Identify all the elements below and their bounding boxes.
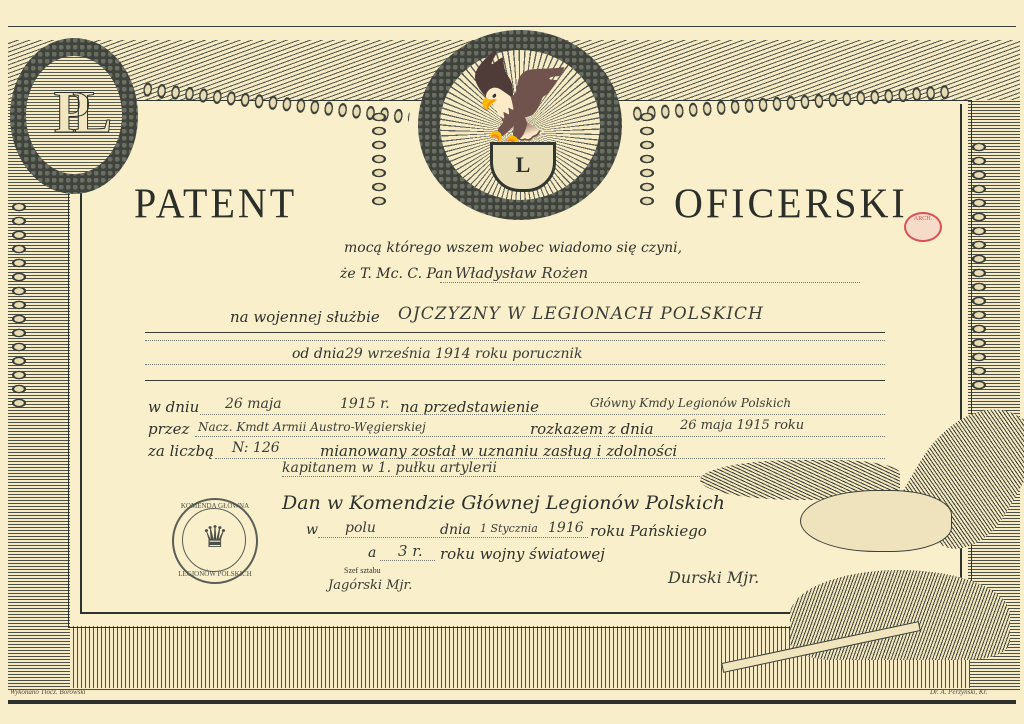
title-patent: PATENT (134, 179, 297, 228)
monogram-letters: PL (10, 78, 138, 147)
by-prefix: przez (148, 420, 189, 438)
polish-eagle-icon: 🦅 (418, 48, 622, 149)
place-prefix: w (306, 522, 318, 538)
chief-of-staff-label: Szef sztabu (344, 566, 381, 575)
since-prefix: od dnia (292, 346, 345, 362)
name-dotted-line (440, 282, 860, 283)
day-prefix: dnia (440, 522, 471, 538)
day-value: 1 Stycznia (480, 522, 538, 535)
service-value: OJCZYZNY W LEGIONACH POLSKICH (398, 304, 764, 324)
bottom-rule (8, 700, 1016, 704)
place-value: polu (345, 520, 376, 536)
number-prefix: za liczbą (148, 442, 214, 460)
date-year: 1915 r. (340, 396, 390, 412)
war-suffix: roku wojny światowej (440, 545, 605, 563)
laurel-branch-right-icon (636, 110, 658, 210)
title-oficerski: OFICERSKI (674, 179, 908, 228)
date-prefix: w dniu (148, 398, 199, 416)
certificate-sheet: PL 🦅 L PATENT OFICERSKI ARCH. mocą które… (0, 0, 1024, 724)
service-dotted-line (145, 340, 885, 341)
eagle-crest: 🦅 L (418, 30, 622, 220)
name-prefix: że T. Mc. C. Pan (340, 266, 453, 282)
place-dotted-line (318, 537, 588, 538)
date-day-month: 26 maja (225, 396, 282, 412)
war-value: 3 r. (398, 542, 423, 560)
top-rule (8, 26, 1016, 27)
stamp-bottom-text: LEGIONÓW POLSKICH (174, 570, 256, 578)
since-dotted-line (145, 364, 885, 365)
since-value: 29 września 1914 roku porucznik (345, 346, 583, 362)
war-prefix: a (368, 545, 376, 561)
eagle-illustration-icon (700, 380, 1020, 680)
year-suffix: roku Pańskiego (590, 522, 707, 540)
intro-line: mocą którego wszem wobec wiadomo się czy… (344, 240, 682, 256)
rank-dotted-line (282, 476, 722, 477)
laurel-garland-left-side-icon (8, 200, 30, 410)
printer-credit-left: Wykonano Tłocz. Borowski (10, 688, 86, 696)
service-prefix: na wojennej służbie (230, 308, 380, 326)
number-value: N: 126 (232, 440, 280, 456)
red-archive-stamp: ARCH. (904, 212, 942, 242)
laurel-branch-left-icon (368, 110, 390, 210)
war-dotted-line (380, 560, 435, 561)
legion-command-stamp: KOMENDA GŁÓWNA ♛ LEGIONÓW POLSKICH (172, 498, 258, 584)
laurel-garland-right-side-icon (968, 140, 990, 390)
stamp-eagle-icon: ♛ (174, 520, 256, 555)
chief-of-staff-signature: Jagórski Mjr. (328, 578, 412, 593)
by-value: Nacz. Kmdt Armii Austro-Węgierskiej (198, 420, 426, 434)
printer-credit-right: Dr. A. Perzyński, Kr. (930, 688, 987, 696)
year-value: 1916 (548, 520, 584, 536)
stamp-top-text: KOMENDA GŁÓWNA (174, 502, 256, 510)
service-rule (145, 332, 885, 333)
officer-name: Władysław Rożen (455, 264, 588, 282)
eagle-body (800, 490, 952, 552)
rank-value: kapitanem w 1. pułku artylerii (282, 460, 497, 476)
given-at-line: Dan w Komendzie Głównej Legionów Polskic… (282, 492, 725, 514)
pl-monogram: PL (10, 38, 138, 194)
